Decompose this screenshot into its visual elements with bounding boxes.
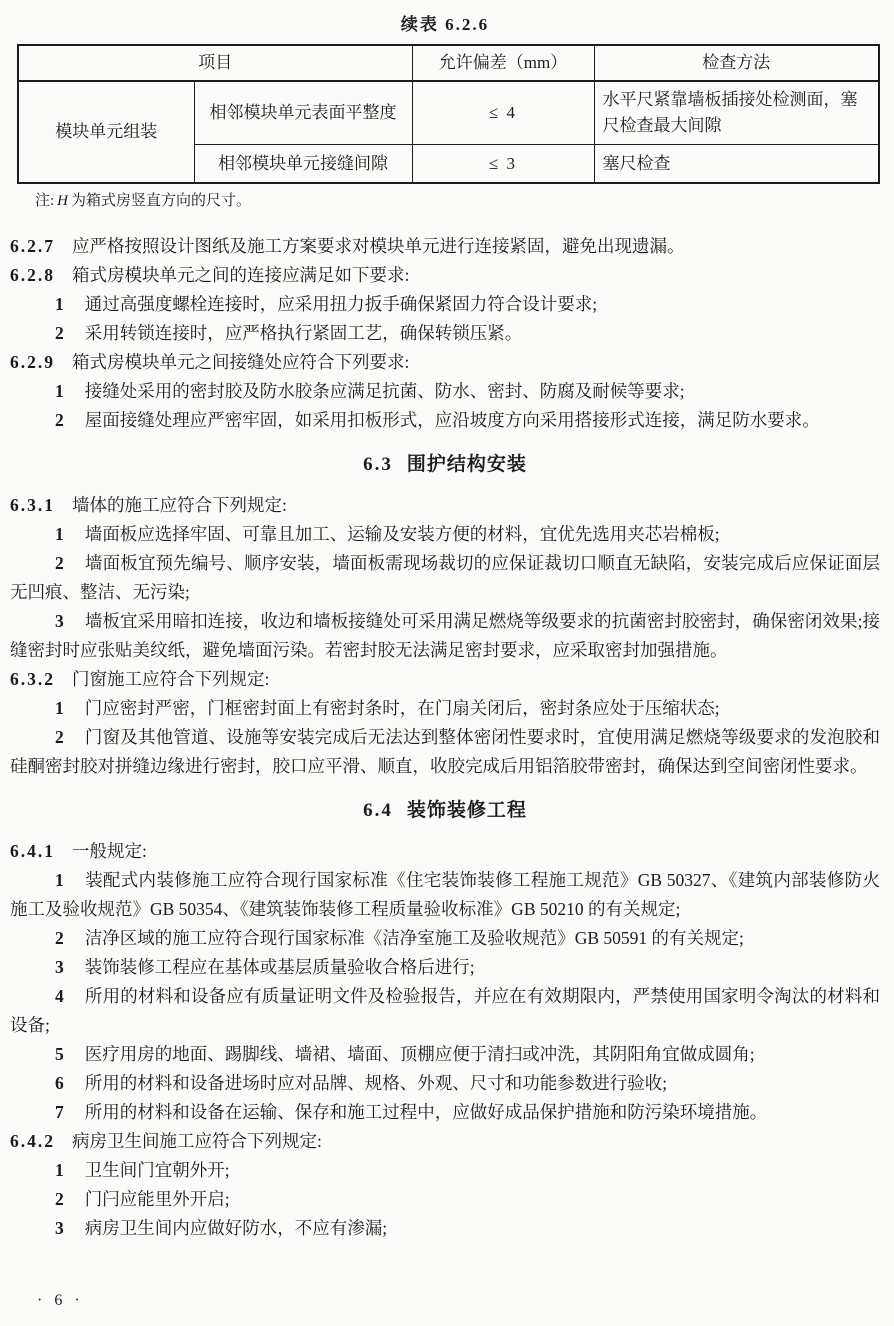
item-number: 3 bbox=[55, 957, 64, 977]
clause-6.2.8: 6.2.8箱式房模块单元之间的连接应满足如下要求: bbox=[10, 261, 880, 290]
clause-number: 6.2.8 bbox=[10, 265, 55, 285]
cell-sub-item: 相邻模块单元接缝间隙 bbox=[194, 145, 412, 183]
item-text: 通过高强度螺栓连接时，应采用扭力扳手确保紧固力符合设计要求; bbox=[85, 294, 597, 314]
clause-6.2.9-item-1: 1接缝处采用的密封胶及防水胶条应满足抗菌、防水、密封、防腐及耐候等要求; bbox=[10, 377, 880, 406]
item-text: 门应密封严密，门框密封面上有密封条时，在门扇关闭后，密封条应处于压缩状态; bbox=[85, 698, 720, 718]
clause-number: 6.3.2 bbox=[10, 669, 55, 689]
clause-6.3.2-item-2: 2门窗及其他管道、设施等安装完成后无法达到整体密闭性要求时，宜使用满足燃烧等级要… bbox=[10, 723, 880, 781]
item-number: 1 bbox=[55, 698, 64, 718]
clause-6.2.8-item-2: 2采用转锁连接时，应严格执行紧固工艺，确保转锁压紧。 bbox=[10, 319, 880, 348]
item-text: 墙面板应选择牢固、可靠且加工、运输及安装方便的材料，宜优先选用夹芯岩棉板; bbox=[85, 524, 720, 544]
table-note: 注:H为箱式房竖直方向的尺寸。 bbox=[35, 192, 880, 212]
cell-tolerance: ≤ 4 bbox=[412, 81, 594, 145]
item-text: 所用的材料和设备在运输、保存和施工过程中，应做好成品保护措施和防污染环境措施。 bbox=[85, 1102, 768, 1122]
clause-6.2.7: 6.2.7应严格按照设计图纸及施工方案要求对模块单元进行连接紧固，避免出现遗漏。 bbox=[10, 232, 880, 261]
item-text: 所用的材料和设备进场时应对品牌、规格、外观、尺寸和功能参数进行验收; bbox=[85, 1073, 667, 1093]
tolerance-table: 项目 允许偏差（mm） 检查方法 模块单元组装 相邻模块单元表面平整度 ≤ 4 … bbox=[17, 44, 880, 184]
clause-6.3.1-item-2: 2墙面板宜预先编号、顺序安装，墙面板需现场裁切的应保证裁切口顺直无缺陷，安装完成… bbox=[10, 549, 880, 607]
document-page: 续表 6.2.6 项目 允许偏差（mm） 检查方法 模块单元组装 相邻模块单元表… bbox=[0, 0, 894, 1326]
item-text: 装配式内装修施工应符合现行国家标准《住宅装饰装修工程施工规范》GB 50327、… bbox=[10, 870, 880, 919]
clause-6.4.1-item-5: 5医疗用房的地面、踢脚线、墙裙、墙面、顶棚应便于清扫或冲洗，其阴阳角宜做成圆角; bbox=[10, 1040, 880, 1069]
clause-6.4.2-item-3: 3病房卫生间内应做好防水，不应有渗漏; bbox=[10, 1214, 880, 1243]
clause-text: 墙体的施工应符合下列规定: bbox=[72, 495, 287, 515]
clause-6.2.8-item-1: 1通过高强度螺栓连接时，应采用扭力扳手确保紧固力符合设计要求; bbox=[10, 290, 880, 319]
clause-6.4.1-item-3: 3装饰装修工程应在基体或基层质量验收合格后进行; bbox=[10, 953, 880, 982]
heading-title: 围护结构安装 bbox=[407, 454, 527, 475]
clause-6.4.2-item-2: 2门闩应能里外开启; bbox=[10, 1185, 880, 1214]
clause-number: 6.2.7 bbox=[10, 236, 55, 256]
item-text: 采用转锁连接时，应严格执行紧固工艺，确保转锁压紧。 bbox=[85, 323, 523, 343]
table-caption: 续表 6.2.6 bbox=[10, 10, 880, 35]
clause-6.2.9: 6.2.9箱式房模块单元之间接缝处应符合下列要求: bbox=[10, 348, 880, 377]
item-text: 卫生间门宜朝外开; bbox=[85, 1160, 230, 1180]
item-text: 洁净区域的施工应符合现行国家标准《洁净室施工及验收规范》GB 50591 的有关… bbox=[85, 928, 744, 948]
item-text: 装饰装修工程应在基体或基层质量验收合格后进行; bbox=[85, 957, 475, 977]
clause-number: 6.4.1 bbox=[10, 841, 55, 861]
header-cell-item: 项目 bbox=[18, 45, 412, 81]
item-text: 接缝处采用的密封胶及防水胶条应满足抗菌、防水、密封、防腐及耐候等要求; bbox=[85, 381, 685, 401]
item-number: 4 bbox=[55, 986, 64, 1006]
cell-category: 模块单元组装 bbox=[18, 81, 194, 183]
item-text: 医疗用房的地面、踢脚线、墙裙、墙面、顶棚应便于清扫或冲洗，其阴阳角宜做成圆角; bbox=[85, 1044, 755, 1064]
clause-6.4.1-item-4: 4所用的材料和设备应有质量证明文件及检验报告，并应在有效期限内，严禁使用国家明令… bbox=[10, 982, 880, 1040]
table-header-row: 项目 允许偏差（mm） 检查方法 bbox=[18, 45, 879, 81]
clause-text: 箱式房模块单元之间的连接应满足如下要求: bbox=[72, 265, 409, 285]
clause-6.4.2-item-1: 1卫生间门宜朝外开; bbox=[10, 1156, 880, 1185]
section-heading-6.3: 6.3围护结构安装 bbox=[10, 450, 880, 479]
clause-6.3.2-item-1: 1门应密封严密，门框密封面上有密封条时，在门扇关闭后，密封条应处于压缩状态; bbox=[10, 694, 880, 723]
note-text: 为箱式房竖直方向的尺寸。 bbox=[71, 193, 251, 209]
item-text: 墙面板宜预先编号、顺序安装，墙面板需现场裁切的应保证裁切口顺直无缺陷，安装完成后… bbox=[10, 553, 880, 602]
clause-6.4.1: 6.4.1一般规定: bbox=[10, 837, 880, 866]
item-number: 2 bbox=[55, 727, 64, 747]
clause-text: 门窗施工应符合下列规定: bbox=[72, 669, 269, 689]
clause-text: 箱式房模块单元之间接缝处应符合下列要求: bbox=[72, 352, 409, 372]
item-number: 2 bbox=[55, 928, 64, 948]
item-text: 门窗及其他管道、设施等安装完成后无法达到整体密闭性要求时，宜使用满足燃烧等级要求… bbox=[10, 727, 880, 776]
item-number: 1 bbox=[55, 524, 64, 544]
item-number: 5 bbox=[55, 1044, 64, 1064]
page-number: · 6 · bbox=[37, 1292, 84, 1310]
section-heading-6.4: 6.4装饰装修工程 bbox=[10, 796, 880, 825]
clause-number: 6.2.9 bbox=[10, 352, 55, 372]
item-number: 1 bbox=[55, 1160, 64, 1180]
clause-6.3.1-item-3: 3墙板宜采用暗扣连接，收边和墙板接缝处可采用满足燃烧等级要求的抗菌密封胶密封，确… bbox=[10, 607, 880, 665]
item-text: 病房卫生间内应做好防水，不应有渗漏; bbox=[85, 1218, 387, 1238]
clause-6.4.1-item-1: 1装配式内装修施工应符合现行国家标准《住宅装饰装修工程施工规范》GB 50327… bbox=[10, 866, 880, 924]
table-row: 模块单元组装 相邻模块单元表面平整度 ≤ 4 水平尺紧靠墙板插接处检测面，塞尺检… bbox=[18, 81, 879, 145]
cell-method: 水平尺紧靠墙板插接处检测面，塞尺检查最大间隙 bbox=[594, 81, 879, 145]
note-variable: H bbox=[57, 193, 68, 209]
item-text: 墙板宜采用暗扣连接，收边和墙板接缝处可采用满足燃烧等级要求的抗菌密封胶密封，确保… bbox=[10, 611, 880, 660]
item-number: 7 bbox=[55, 1102, 64, 1122]
clause-list: 6.2.7应严格按照设计图纸及施工方案要求对模块单元进行连接紧固，避免出现遗漏。… bbox=[10, 232, 880, 1243]
item-number: 2 bbox=[55, 323, 64, 343]
clause-6.4.1-item-2: 2洁净区域的施工应符合现行国家标准《洁净室施工及验收规范》GB 50591 的有… bbox=[10, 924, 880, 953]
heading-number: 6.3 bbox=[363, 454, 393, 475]
clause-6.2.9-item-2: 2屋面接缝处理应严密牢固，如采用扣板形式，应沿坡度方向采用搭接形式连接，满足防水… bbox=[10, 406, 880, 435]
header-cell-tolerance: 允许偏差（mm） bbox=[412, 45, 594, 81]
cell-tolerance: ≤ 3 bbox=[412, 145, 594, 183]
header-cell-method: 检查方法 bbox=[594, 45, 879, 81]
item-number: 3 bbox=[55, 1218, 64, 1238]
clause-6.3.1: 6.3.1墙体的施工应符合下列规定: bbox=[10, 491, 880, 520]
clause-6.4.1-item-7: 7所用的材料和设备在运输、保存和施工过程中，应做好成品保护措施和防污染环境措施。 bbox=[10, 1098, 880, 1127]
item-text: 所用的材料和设备应有质量证明文件及检验报告，并应在有效期限内，严禁使用国家明令淘… bbox=[10, 986, 880, 1035]
clause-6.4.2: 6.4.2病房卫生间施工应符合下列规定: bbox=[10, 1127, 880, 1156]
item-number: 1 bbox=[55, 870, 64, 890]
heading-number: 6.4 bbox=[363, 800, 393, 821]
item-number: 2 bbox=[55, 553, 64, 573]
clause-text: 一般规定: bbox=[72, 841, 147, 861]
item-number: 2 bbox=[55, 1189, 64, 1209]
cell-sub-item: 相邻模块单元表面平整度 bbox=[194, 81, 412, 145]
cell-method: 塞尺检查 bbox=[594, 145, 879, 183]
clause-6.3.1-item-1: 1墙面板应选择牢固、可靠且加工、运输及安装方便的材料，宜优先选用夹芯岩棉板; bbox=[10, 520, 880, 549]
heading-title: 装饰装修工程 bbox=[407, 800, 527, 821]
clause-number: 6.4.2 bbox=[10, 1131, 55, 1151]
item-number: 3 bbox=[55, 611, 64, 631]
item-number: 6 bbox=[55, 1073, 64, 1093]
item-number: 1 bbox=[55, 294, 64, 314]
clause-6.3.2: 6.3.2门窗施工应符合下列规定: bbox=[10, 665, 880, 694]
clause-text: 应严格按照设计图纸及施工方案要求对模块单元进行连接紧固，避免出现遗漏。 bbox=[72, 236, 685, 256]
clause-number: 6.3.1 bbox=[10, 495, 55, 515]
item-text: 屋面接缝处理应严密牢固，如采用扣板形式，应沿坡度方向采用搭接形式连接，满足防水要… bbox=[85, 410, 820, 430]
item-number: 2 bbox=[55, 410, 64, 430]
item-number: 1 bbox=[55, 381, 64, 401]
clause-text: 病房卫生间施工应符合下列规定: bbox=[72, 1131, 322, 1151]
clause-6.4.1-item-6: 6所用的材料和设备进场时应对品牌、规格、外观、尺寸和功能参数进行验收; bbox=[10, 1069, 880, 1098]
item-text: 门闩应能里外开启; bbox=[85, 1189, 230, 1209]
note-prefix: 注: bbox=[35, 193, 54, 209]
